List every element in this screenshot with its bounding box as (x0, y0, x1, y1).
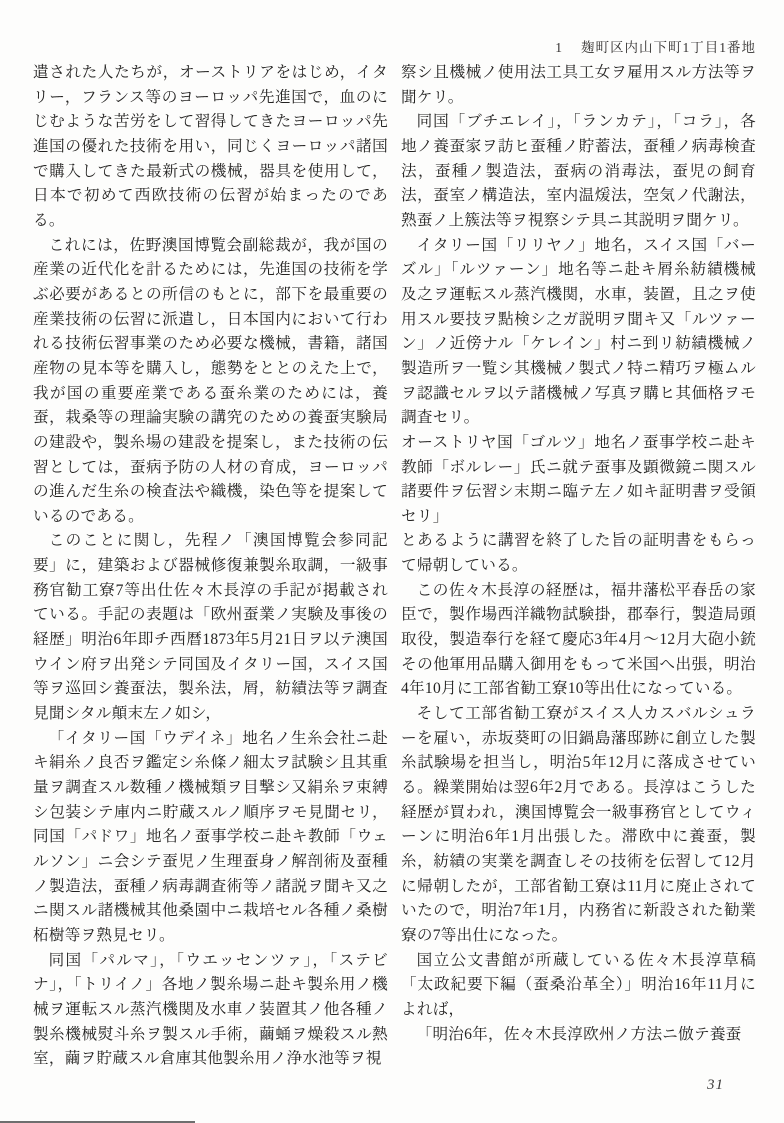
paragraph: この佐々木長淳の経歴は，福井藩松平春岳の家臣で，製作場西洋織物試験掛，郡奉行，製… (401, 579, 756, 702)
text-columns: 遣された人たちが，オーストリアをはじめ，イタリー，フランス等のヨーロッパ先進国で… (33, 61, 757, 1072)
section-number: 1 (555, 40, 563, 55)
paragraph: 同国「ブチエレイ」，「ランカテ」，「コラ」，各地ノ養蚕家ヲ訪ヒ蚕種ノ貯蓄法，蚕種… (401, 110, 756, 233)
page-number: 31 (707, 1077, 724, 1094)
paragraph: これには，佐野澳国博覧会副総裁が，我が国の産業の近代化を計るためには，先進国の技… (33, 234, 388, 530)
paragraph: 国立公文書館が所蔵している佐々木長淳草稿「太政紀要下編（蚕桑沿革全）」明治16年… (401, 949, 756, 1023)
book-page: 1麹町区内山下町1丁目1番地 遣された人たちが，オーストリアをはじめ，イタリー，… (0, 0, 784, 1123)
paragraph: 「イタリー国「ウデイネ」地名ノ生糸会社ニ赴キ絹糸ノ良否ヲ鑑定シ糸條ノ細太ヲ試験シ… (33, 727, 388, 949)
running-header: 1麹町区内山下町1丁目1番地 (555, 36, 756, 56)
paragraph: オーストリヤ国「ゴルツ」地名ノ蚕事学校ニ赴キ教師「ボルレー」氏ニ就テ蚕事及顕微鏡… (401, 431, 756, 530)
paragraph: このことに関し，先程ノ「澳国博覧会参同記要」に，建築および器械修復兼製糸取調，一… (33, 529, 388, 726)
left-column: 遣された人たちが，オーストリアをはじめ，イタリー，フランス等のヨーロッパ先進国で… (33, 61, 388, 1072)
paragraph: 同国「パルマ」，「ウエッセンツァ」，「ステビナ」，「トリイノ」各地ノ製糸場ニ赴キ… (33, 949, 388, 1072)
paragraph: 「明治6年，佐々木長淳欧州ノ方法ニ倣テ養蚕 (401, 1023, 756, 1048)
section-title: 麹町区内山下町1丁目1番地 (581, 40, 756, 55)
paragraph: 遣された人たちが，オーストリアをはじめ，イタリー，フランス等のヨーロッパ先進国で… (33, 61, 388, 234)
paragraph: とあるように講習を終了した旨の証明書をもらって帰朝している。 (401, 529, 756, 578)
paragraph: イタリー国「リリヤノ」地名，スイス国「バーズル」「ルツァーン」地名等ニ赴キ屑糸紡… (401, 234, 756, 431)
paragraph: そして工部省勧工寮がスイス人カスバルシュラーを雇い，赤坂葵町の旧鍋島藩邸跡に創立… (401, 702, 756, 949)
right-column: 察シ且機械ノ使用法工具工女ヲ雇用スル方法等ヲ聞ケリ。 同国「ブチエレイ」，「ラン… (401, 61, 756, 1072)
paragraph: 察シ且機械ノ使用法工具工女ヲ雇用スル方法等ヲ聞ケリ。 (401, 61, 756, 110)
